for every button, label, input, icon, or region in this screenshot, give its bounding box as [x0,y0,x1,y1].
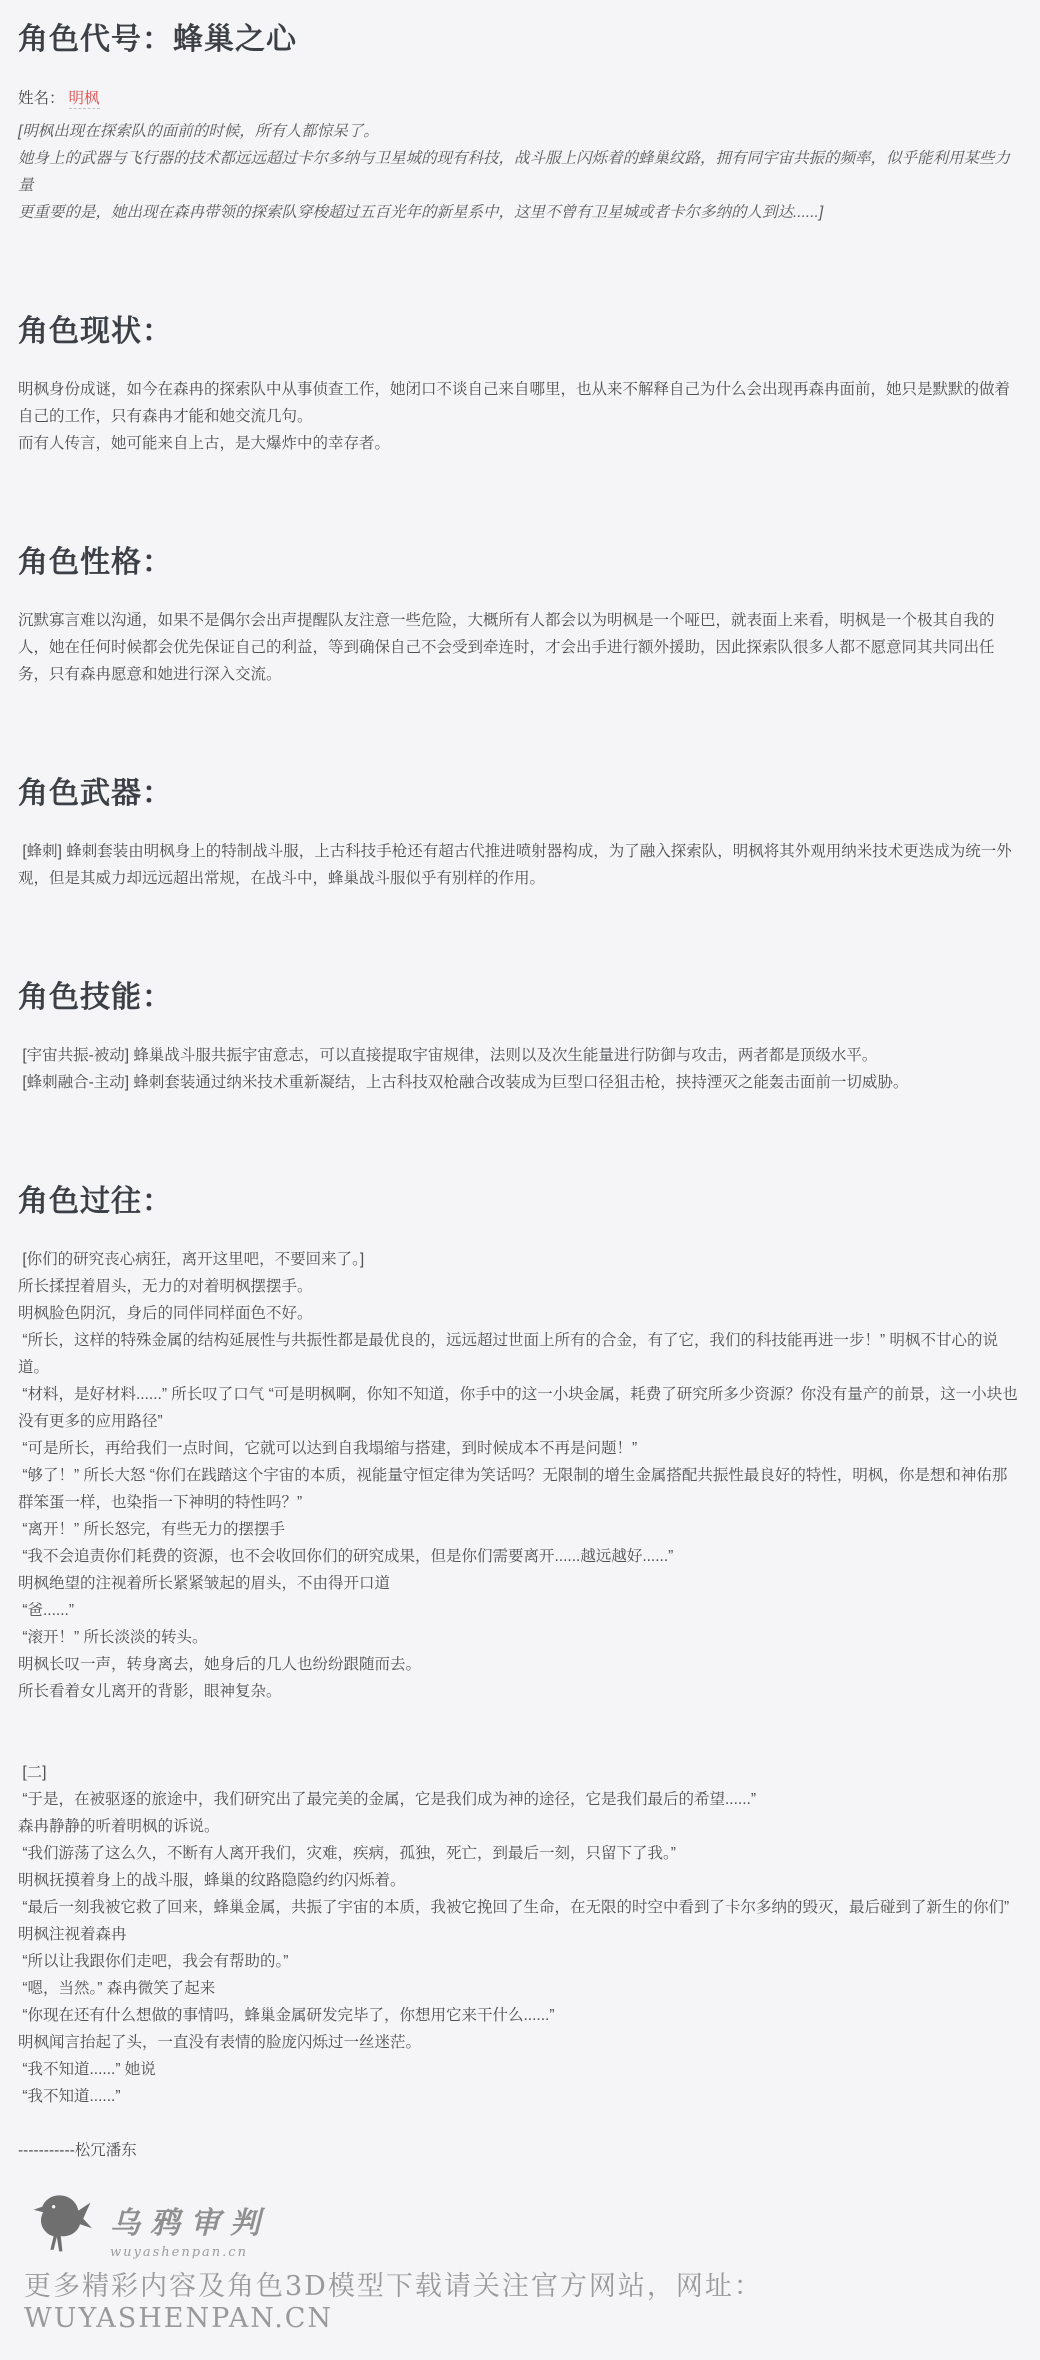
paragraph: [宇宙共振-被动] 蜂巢战斗服共振宇宙意志，可以直接提取宇宙规律，法则以及次生能… [18,1042,1022,1069]
paragraph: “我们游荡了这么久，不断有人离开我们，灾难，疾病，孤独，死亡，到最后一刻，只留下… [18,1840,1022,1867]
section-body: [蜂刺] 蜂刺套装由明枫身上的特制战斗服，上古科技手枪还有超古代推进喷射器构成，… [18,838,1022,892]
paragraph: [蜂刺] 蜂刺套装由明枫身上的特制战斗服，上古科技手枪还有超古代推进喷射器构成，… [18,838,1022,892]
intro-line: [明枫出现在探索队的面前的时候，所有人都惊呆了。 [18,118,1022,145]
paragraph: “于是，在被驱逐的旅途中，我们研究出了最完美的金属，它是我们成为神的途径，它是我… [18,1786,1022,1813]
crow-logo-icon [32,2188,104,2254]
section-body: [宇宙共振-被动] 蜂巢战斗服共振宇宙意志，可以直接提取宇宙规律，法则以及次生能… [18,1042,1022,1096]
intro-line: 更重要的是，她出现在森冉带领的探索队穿梭超过五百光年的新星系中，这里不曾有卫星城… [18,199,1022,226]
section-heading: 角色性格： [18,545,1022,581]
paragraph: [你们的研究丧心病狂，离开这里吧，不要回来了。] [18,1246,1022,1273]
paragraph: -----------松冗潘东 [18,2137,1022,2164]
section-heading: 角色技能： [18,980,1022,1016]
paragraph: 明枫脸色阴沉，身后的同伴同样面色不好。 [18,1300,1022,1327]
paragraph [18,1705,1022,1732]
logo-title: 乌鸦审判 [110,2198,270,2242]
paragraph: “离开！” 所长怒完，有些无力的摆摆手 [18,1516,1022,1543]
name-row: 姓名：明枫 [18,86,1022,108]
paragraph: 沉默寡言难以沟通，如果不是偶尔会出声提醒队友注意一些危险，大概所有人都会以为明枫… [18,607,1022,688]
paragraph: [蜂刺融合-主动] 蜂刺套装通过纳米技术重新凝结，上古科技双枪融合改装成为巨型口… [18,1069,1022,1096]
paragraph: “所以让我跟你们走吧，我会有帮助的。” [18,1948,1022,1975]
logo-row: 乌鸦审判 wuyashenpan.cn [18,2188,1022,2260]
name-label: 姓名： [18,90,65,107]
paragraph: “够了！” 所长大怒 “你们在践踏这个宇宙的本质，视能量守恒定律为笑话吗？无限制… [18,1462,1022,1516]
paragraph: “最后一刻我被它救了回来，蜂巢金属，共振了宇宙的本质，我被它挽回了生命，在无限的… [18,1894,1022,1948]
paragraph: “嗯，当然。” 森冉微笑了起来 [18,1975,1022,2002]
section-skills: 角色技能： [宇宙共振-被动] 蜂巢战斗服共振宇宙意志，可以直接提取宇宙规律，法… [18,980,1022,1096]
logo-site-url: wuyashenpan.cn [110,2245,270,2260]
logo-text: 乌鸦审判 wuyashenpan.cn [110,2188,270,2260]
footer-tagline: 更多精彩内容及角色3D模型下载请关注官方网站，网址：WUYASHENPAN.CN [18,2260,1022,2348]
section-heading: 角色武器： [18,776,1022,812]
paragraph: 森冉静静的听着明枫的诉说。 [18,1813,1022,1840]
section-history: 角色过往： [你们的研究丧心病狂，离开这里吧，不要回来了。]所长揉捏着眉头，无力… [18,1184,1022,2164]
section-body: 沉默寡言难以沟通，如果不是偶尔会出声提醒队友注意一些危险，大概所有人都会以为明枫… [18,607,1022,688]
paragraph: “我不知道......” [18,2083,1022,2110]
paragraph: “爸......” [18,1597,1022,1624]
paragraph: “你现在还有什么想做的事情吗，蜂巢金属研发完毕了，你想用它来干什么......” [18,2002,1022,2029]
paragraph: 明枫闻言抬起了头，一直没有表情的脸庞闪烁过一丝迷茫。 [18,2029,1022,2056]
name-link[interactable]: 明枫 [69,90,100,109]
section-weapon: 角色武器： [蜂刺] 蜂刺套装由明枫身上的特制战斗服，上古科技手枪还有超古代推进… [18,776,1022,892]
site-footer: 乌鸦审判 wuyashenpan.cn 更多精彩内容及角色3D模型下载请关注官方… [18,2188,1022,2360]
section-body: [你们的研究丧心病狂，离开这里吧，不要回来了。]所长揉捏着眉头，无力的对着明枫摆… [18,1246,1022,2164]
paragraph: “滚开！” 所长淡淡的转头。 [18,1624,1022,1651]
section-heading: 角色现状： [18,314,1022,350]
section-body: 明枫身份成谜，如今在森冉的探索队中从事侦查工作，她闭口不谈自己来自哪里，也从来不… [18,376,1022,457]
section-heading: 角色过往： [18,1184,1022,1220]
paragraph: “所长，这样的特殊金属的结构延展性与共振性都是最优良的，远远超过世面上所有的合金… [18,1327,1022,1381]
paragraph: “我不会追责你们耗费的资源，也不会收回你们的研究成果，但是你们需要离开.....… [18,1543,1022,1570]
paragraph: 所长看着女儿离开的背影，眼神复杂。 [18,1678,1022,1705]
page-title: 角色代号：蜂巢之心 [18,14,1022,58]
section-status: 角色现状： 明枫身份成谜，如今在森冉的探索队中从事侦查工作，她闭口不谈自己来自哪… [18,314,1022,457]
section-personality: 角色性格： 沉默寡言难以沟通，如果不是偶尔会出声提醒队友注意一些危险，大概所有人… [18,545,1022,688]
paragraph [18,2110,1022,2137]
character-profile-document: 角色代号：蜂巢之心 姓名：明枫 [明枫出现在探索队的面前的时候，所有人都惊呆了。… [0,0,1040,2360]
paragraph: [二] [18,1759,1022,1786]
paragraph: 明枫抚摸着身上的战斗服，蜂巢的纹路隐隐约约闪烁着。 [18,1867,1022,1894]
paragraph: 明枫身份成谜，如今在森冉的探索队中从事侦查工作，她闭口不谈自己来自哪里，也从来不… [18,376,1022,430]
paragraph: 明枫绝望的注视着所长紧紧皱起的眉头，不由得开口道 [18,1570,1022,1597]
intro-block: [明枫出现在探索队的面前的时候，所有人都惊呆了。她身上的武器与飞行器的技术都远远… [18,118,1022,226]
paragraph: 而有人传言，她可能来自上古，是大爆炸中的幸存者。 [18,430,1022,457]
paragraph: “材料，是好材料......” 所长叹了口气 “可是明枫啊，你知不知道，你手中的… [18,1381,1022,1435]
paragraph: 所长揉捏着眉头，无力的对着明枫摆摆手。 [18,1273,1022,1300]
paragraph: “我不知道......” 她说 [18,2056,1022,2083]
paragraph: 明枫长叹一声，转身离去，她身后的几人也纷纷跟随而去。 [18,1651,1022,1678]
intro-line: 她身上的武器与飞行器的技术都远远超过卡尔多纳与卫星城的现有科技，战斗服上闪烁着的… [18,145,1022,199]
paragraph: “可是所长，再给我们一点时间，它就可以达到自我塌缩与搭建，到时候成本不再是问题！… [18,1435,1022,1462]
paragraph [18,1732,1022,1759]
